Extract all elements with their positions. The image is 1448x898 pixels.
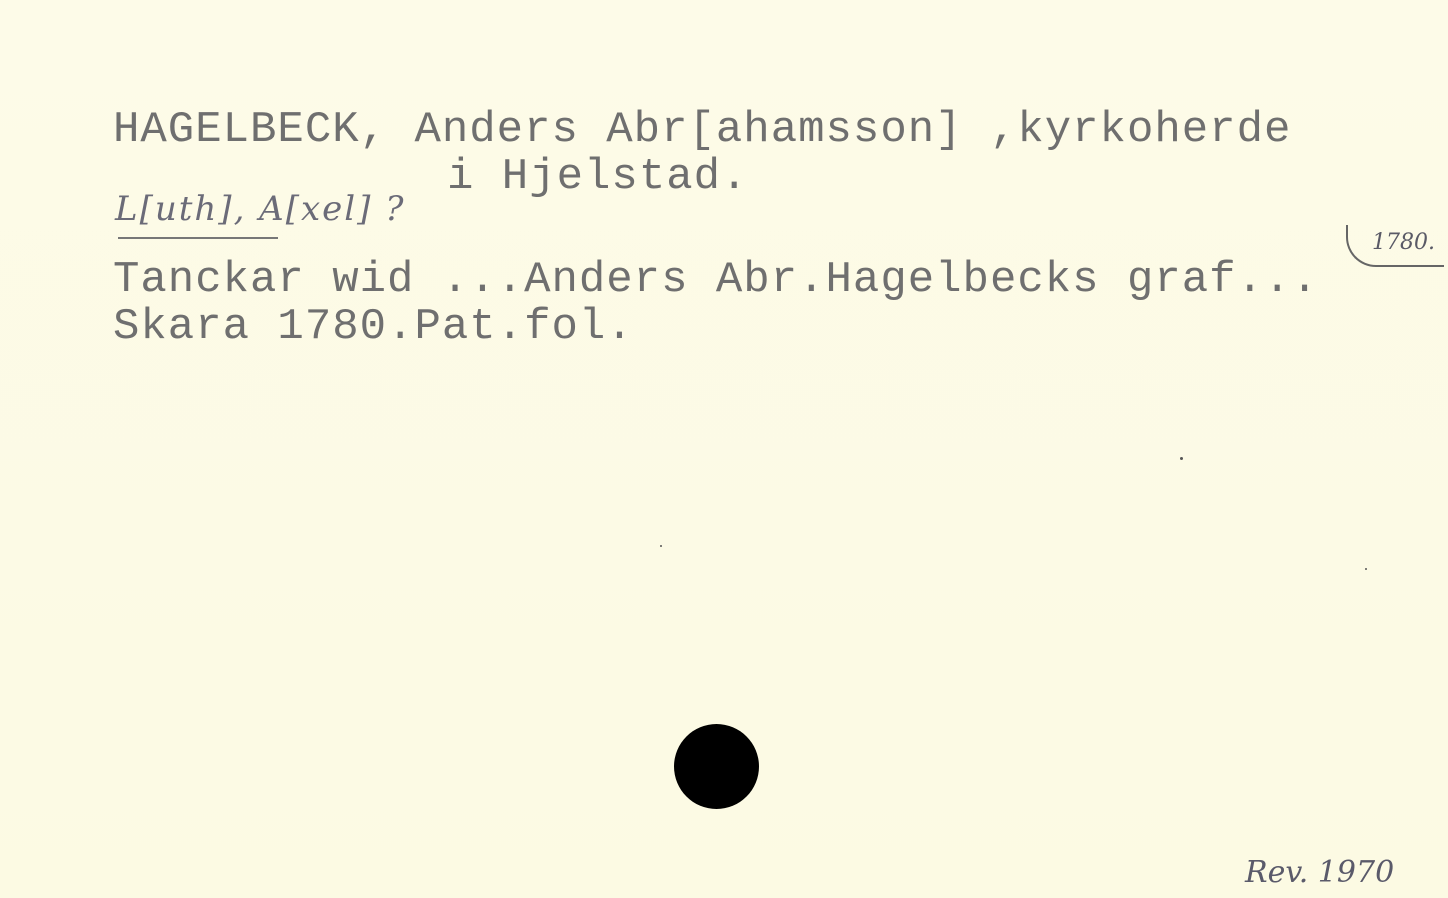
- catalog-card: HAGELBECK, Anders Abr[ahamsson] ,kyrkohe…: [0, 0, 1448, 898]
- heading-author-entry: HAGELBECK, Anders Abr[ahamsson] ,kyrkohe…: [113, 108, 1291, 152]
- punch-hole: [674, 724, 759, 809]
- paper-speck: [1180, 457, 1183, 460]
- handwritten-author-annotation: L[uth], A[xel] ?: [115, 192, 405, 226]
- paper-speck: [660, 545, 662, 547]
- handwritten-underline: [118, 237, 278, 239]
- heading-location: i Hjelstad.: [447, 155, 748, 199]
- paper-speck: [1365, 568, 1367, 570]
- imprint-line: Skara 1780.Pat.fol.: [113, 305, 634, 349]
- handwritten-year-annotation: 1780.: [1372, 232, 1435, 254]
- handwritten-revision-note: Rev. 1970: [1245, 858, 1394, 888]
- title-line: Tanckar wid ...Anders Abr.Hagelbecks gra…: [113, 258, 1319, 302]
